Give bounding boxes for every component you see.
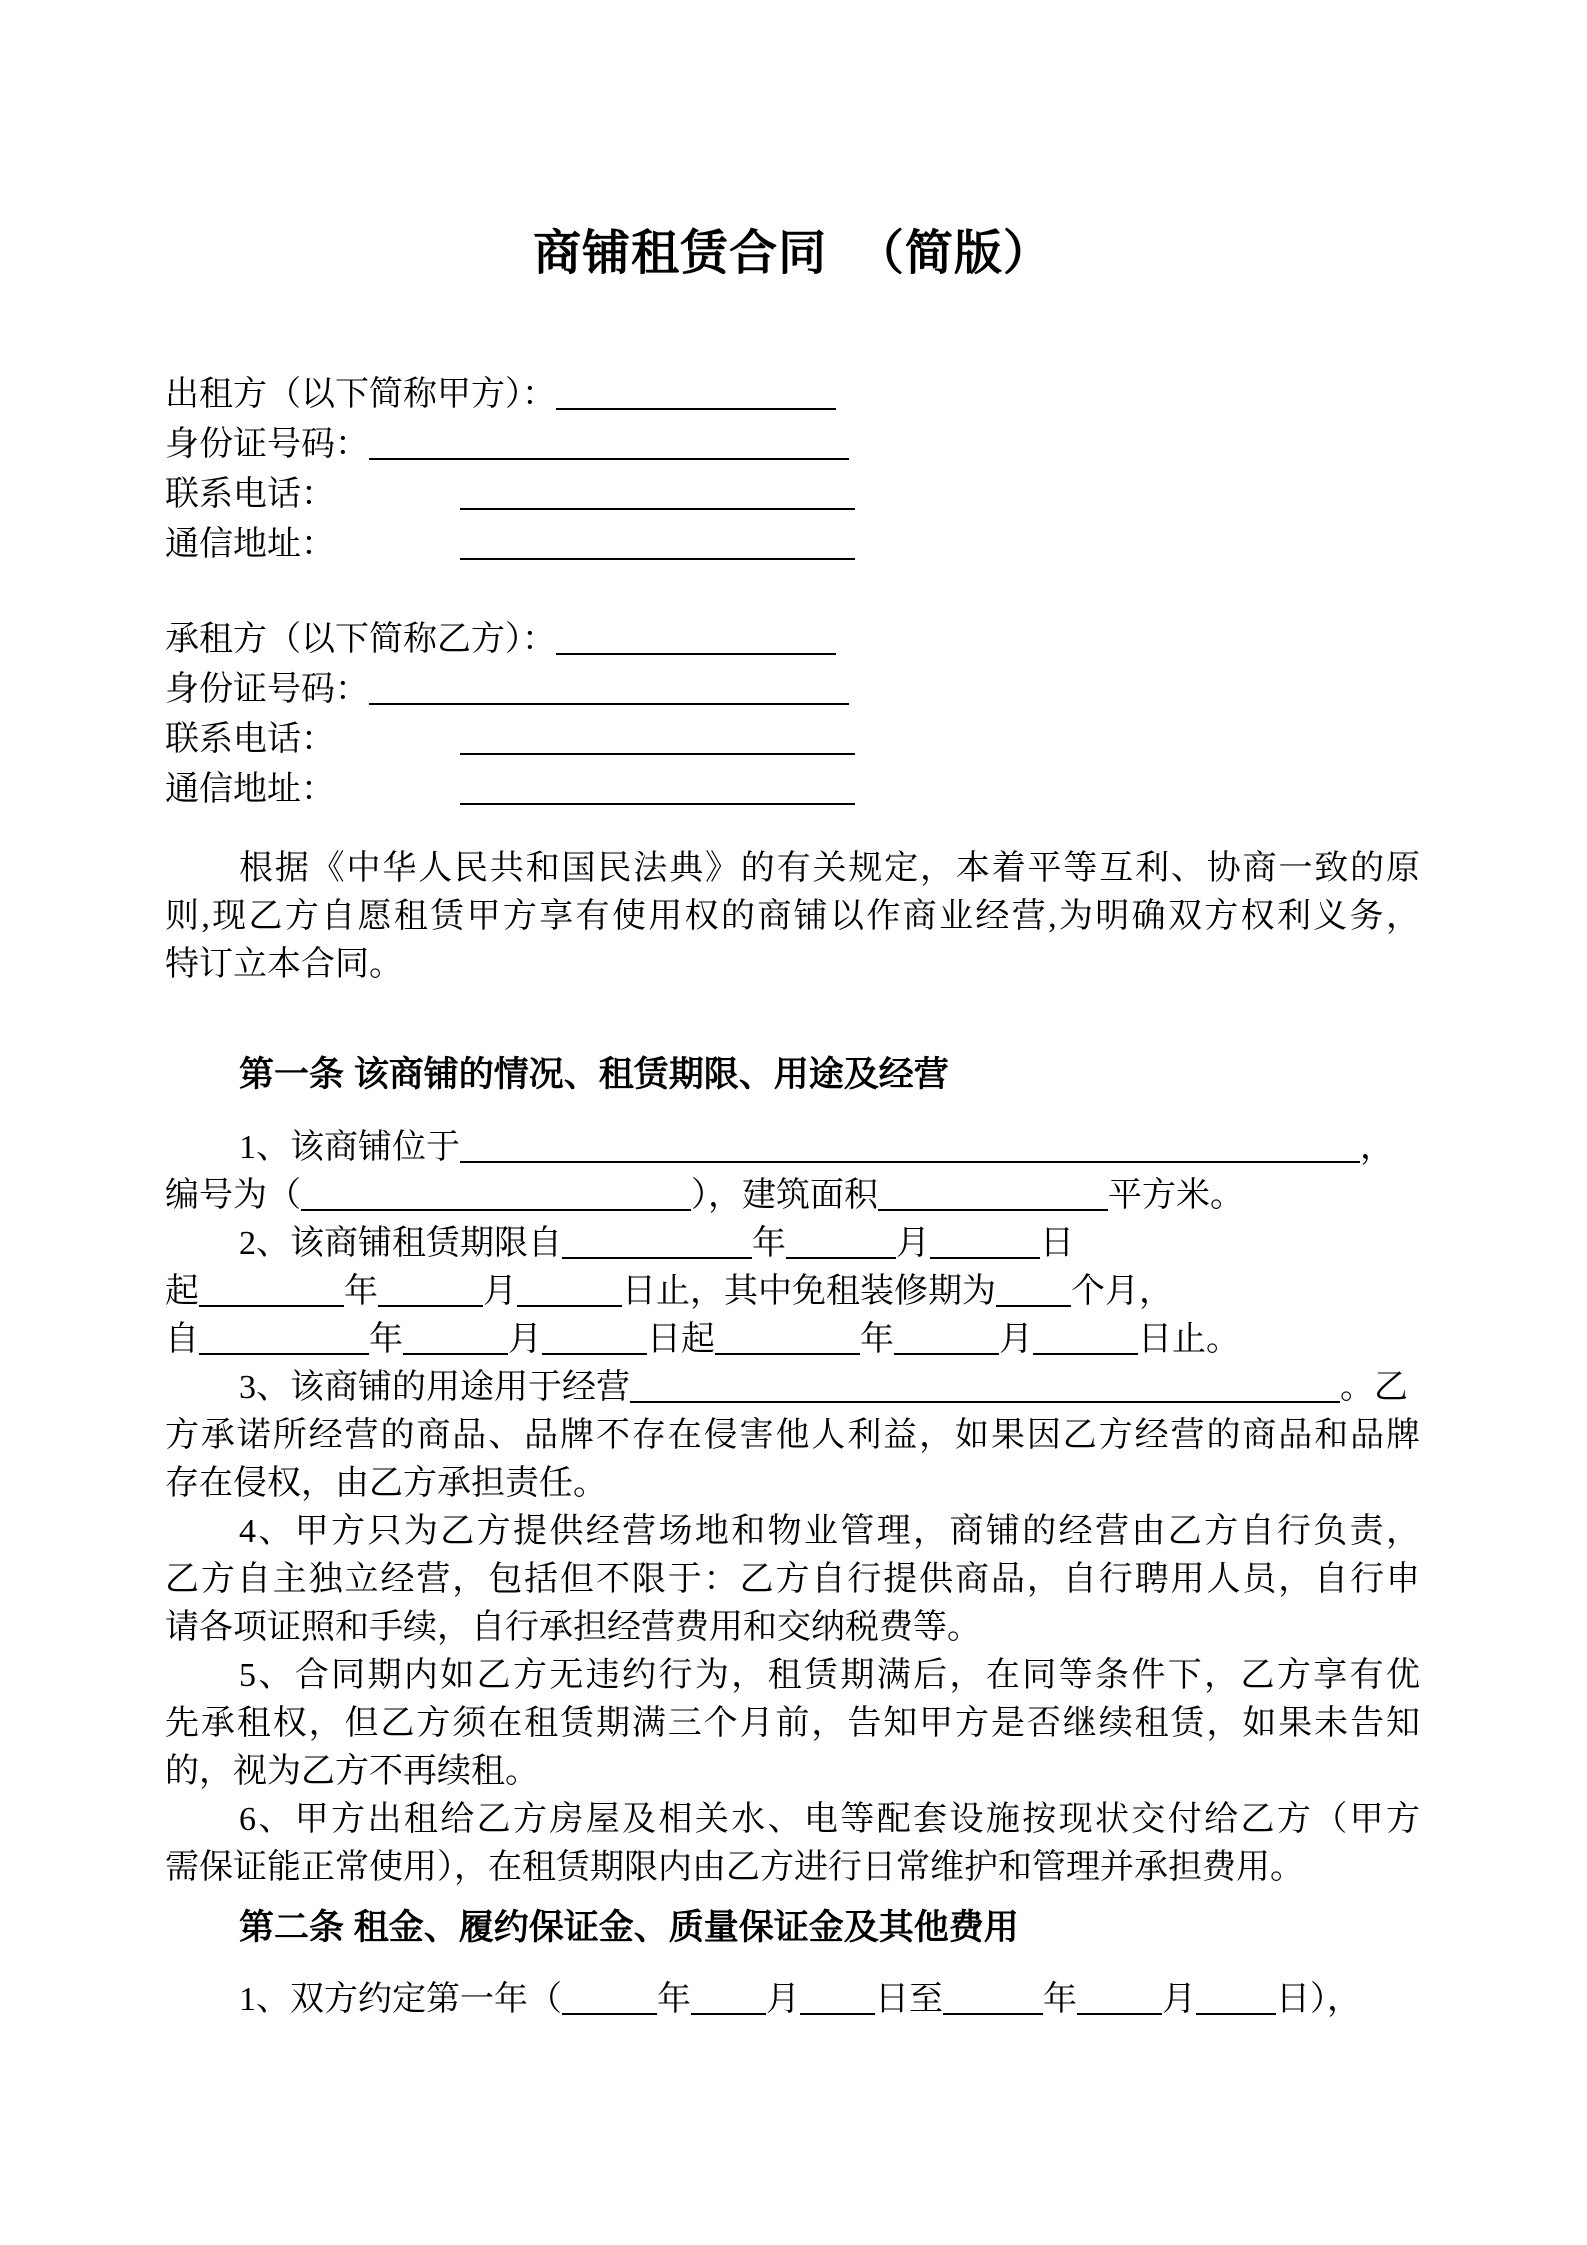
party-a-block: 出租方（以下简称甲方）： 身份证号码： 联系电话： 通信地址： (165, 370, 1420, 570)
section1-heading: 第一条 该商铺的情况、租赁期限、用途及经营 (165, 1053, 1420, 1097)
party-b-id-line: 身份证号码： (165, 665, 1420, 715)
section2-item1-line1: 1、双方约定第一年（年月日至年月日）， (165, 1976, 1420, 2024)
party-b-block: 承租方（以下简称乙方）： 身份证号码： 联系电话： 通信地址： (165, 615, 1420, 815)
text-run: 出租方（以下简称甲方）： (165, 376, 556, 413)
blank-underline-field[interactable] (460, 476, 855, 510)
text-run: 身份证号码： (165, 671, 369, 708)
text-run: 年 (344, 1273, 378, 1310)
text-run: 身份证号码： (165, 426, 369, 463)
document-page: 商铺租赁合同 （简版） 出租方（以下简称甲方）： 身份证号码： 联系电话： 通信… (0, 0, 1587, 2245)
section1-item4-line2: 乙方自主独立经营，包括但不限于：乙方自行提供商品，自行聘用人员，自行申 (165, 1556, 1420, 1604)
text-run: 日止。 (1138, 1321, 1240, 1358)
document-title: 商铺租赁合同 （简版） (165, 222, 1420, 286)
party-a-address-line: 通信地址： (165, 520, 1420, 570)
blank-underline-field[interactable] (943, 1981, 1043, 2015)
text-run: 月 (508, 1321, 542, 1358)
blank-underline-field[interactable] (1196, 1981, 1276, 2015)
blank-underline-field[interactable] (562, 1981, 657, 2015)
section1-item2-line1: 2、该商铺租赁期限自年月日 (165, 1220, 1420, 1268)
text-run: 自 (165, 1321, 199, 1358)
text-run: 年 (860, 1321, 894, 1358)
blank-underline-field[interactable] (996, 1273, 1071, 1307)
preamble-line-1: 根据《中华人民共和国民法典》的有关规定，本着平等互利、协商一致的原 (165, 845, 1420, 893)
text-run: 月 (483, 1273, 517, 1310)
text-run: 通信地址： (165, 771, 335, 808)
section1-item2-line3: 自年月日起年月日止。 (165, 1316, 1420, 1364)
text-run: 联系电话： (165, 721, 335, 758)
section2-heading: 第二条 租金、履约保证金、质量保证金及其他费用 (165, 1906, 1420, 1950)
text-run: 月 (896, 1225, 930, 1262)
text-run: 1、双方约定第一年（ (239, 1981, 562, 2018)
text-run: 月 (1162, 1981, 1196, 2018)
text-run: 1、该商铺位于 (239, 1129, 460, 1166)
text-run: 月 (766, 1981, 800, 2018)
blank-underline-field[interactable] (562, 1225, 752, 1259)
section1-item4-line1: 4、甲方只为乙方提供经营场地和物业管理，商铺的经营由乙方自行负责， (165, 1508, 1420, 1556)
blank-underline-field[interactable] (542, 1321, 647, 1355)
preamble-line-2: 则,现乙方自愿租赁甲方享有使用权的商铺以作商业经营,为明确双方权利义务， (165, 893, 1420, 941)
blank-underline-field[interactable] (878, 1177, 1108, 1211)
blank-underline-field[interactable] (630, 1369, 1340, 1403)
party-b-address-line: 通信地址： (165, 765, 1420, 815)
blank-underline-field[interactable] (460, 721, 855, 755)
spacer (335, 749, 460, 750)
blank-underline-field[interactable] (930, 1225, 1040, 1259)
text-run: 起 (165, 1273, 199, 1310)
blank-underline-field[interactable] (556, 621, 836, 655)
text-run: ），建筑面积 (691, 1177, 878, 1214)
blank-underline-field[interactable] (403, 1321, 508, 1355)
blank-underline-field[interactable] (715, 1321, 860, 1355)
section1-item1-line1: 1、该商铺位于， (165, 1124, 1420, 1172)
section1-item6-line2: 需保证能正常使用），在租赁期限内由乙方进行日常维护和管理并承担费用。 (165, 1844, 1420, 1892)
text-run: 平方米。 (1108, 1177, 1244, 1214)
blank-underline-field[interactable] (378, 1273, 483, 1307)
section1-item3-line1: 3、该商铺的用途用于经营。乙 (165, 1364, 1420, 1412)
blank-underline-field[interactable] (1077, 1981, 1162, 2015)
blank-underline-field[interactable] (894, 1321, 999, 1355)
text-run: 日起 (647, 1321, 715, 1358)
text-run: ， (1360, 1129, 1394, 1166)
text-run: 联系电话： (165, 476, 335, 513)
text-run: 日止，其中免租装修期为 (622, 1273, 996, 1310)
text-run: 承租方（以下简称乙方）： (165, 621, 556, 658)
party-a-id-line: 身份证号码： (165, 420, 1420, 470)
text-run: 日）， (1276, 1981, 1361, 2018)
blank-underline-field[interactable] (460, 1129, 1360, 1163)
text-run: 日 (1040, 1225, 1074, 1262)
text-run: 编号为（ (165, 1177, 301, 1214)
blank-underline-field[interactable] (786, 1225, 896, 1259)
spacer (335, 504, 460, 505)
blank-underline-field[interactable] (691, 1981, 766, 2015)
text-run: 年 (369, 1321, 403, 1358)
blank-underline-field[interactable] (460, 526, 855, 560)
text-run: 月 (999, 1321, 1033, 1358)
section1-item5-line3: 的，视为乙方不再续租。 (165, 1748, 1420, 1796)
text-run: 年 (1043, 1981, 1077, 2018)
text-run: 。乙 (1340, 1369, 1408, 1406)
party-b-phone-line: 联系电话： (165, 715, 1420, 765)
blank-underline-field[interactable] (517, 1273, 622, 1307)
blank-underline-field[interactable] (301, 1177, 691, 1211)
preamble-line-3: 特订立本合同。 (165, 941, 1420, 989)
text-run: 日至 (875, 1981, 943, 2018)
section1-item3-line2: 方承诺所经营的商品、品牌不存在侵害他人利益，如果因乙方经营的商品和品牌 (165, 1412, 1420, 1460)
blank-underline-field[interactable] (199, 1321, 369, 1355)
party-a-name-line: 出租方（以下简称甲方）： (165, 370, 1420, 420)
section1-item4-line3: 请各项证照和手续，自行承担经营费用和交纳税费等。 (165, 1604, 1420, 1652)
text-run: 2、该商铺租赁期限自 (239, 1225, 562, 1262)
section1-item5-line1: 5、合同期内如乙方无违约行为，租赁期满后，在同等条件下，乙方享有优 (165, 1652, 1420, 1700)
blank-underline-field[interactable] (369, 426, 849, 460)
spacer (335, 799, 460, 800)
text-run: 通信地址： (165, 526, 335, 563)
blank-underline-field[interactable] (199, 1273, 344, 1307)
text-run: 3、该商铺的用途用于经营 (239, 1369, 630, 1406)
section1-item3-line3: 存在侵权，由乙方承担责任。 (165, 1460, 1420, 1508)
section1-item6-line1: 6、甲方出租给乙方房屋及相关水、电等配套设施按现状交付给乙方（甲方 (165, 1796, 1420, 1844)
text-run: 个月， (1071, 1273, 1173, 1310)
text-run: 年 (752, 1225, 786, 1262)
blank-underline-field[interactable] (1033, 1321, 1138, 1355)
blank-underline-field[interactable] (800, 1981, 875, 2015)
party-a-phone-line: 联系电话： (165, 470, 1420, 520)
text-run: 年 (657, 1981, 691, 2018)
party-b-name-line: 承租方（以下简称乙方）： (165, 615, 1420, 665)
blank-underline-field[interactable] (556, 376, 836, 410)
section1-item5-line2: 先承租权，但乙方须在租赁期满三个月前，告知甲方是否继续租赁，如果未告知 (165, 1700, 1420, 1748)
section1-item1-line2: 编号为（），建筑面积平方米。 (165, 1172, 1420, 1220)
blank-underline-field[interactable] (460, 771, 855, 805)
section1-item2-line2: 起年月日止，其中免租装修期为个月， (165, 1268, 1420, 1316)
blank-underline-field[interactable] (369, 671, 849, 705)
spacer (335, 554, 460, 555)
